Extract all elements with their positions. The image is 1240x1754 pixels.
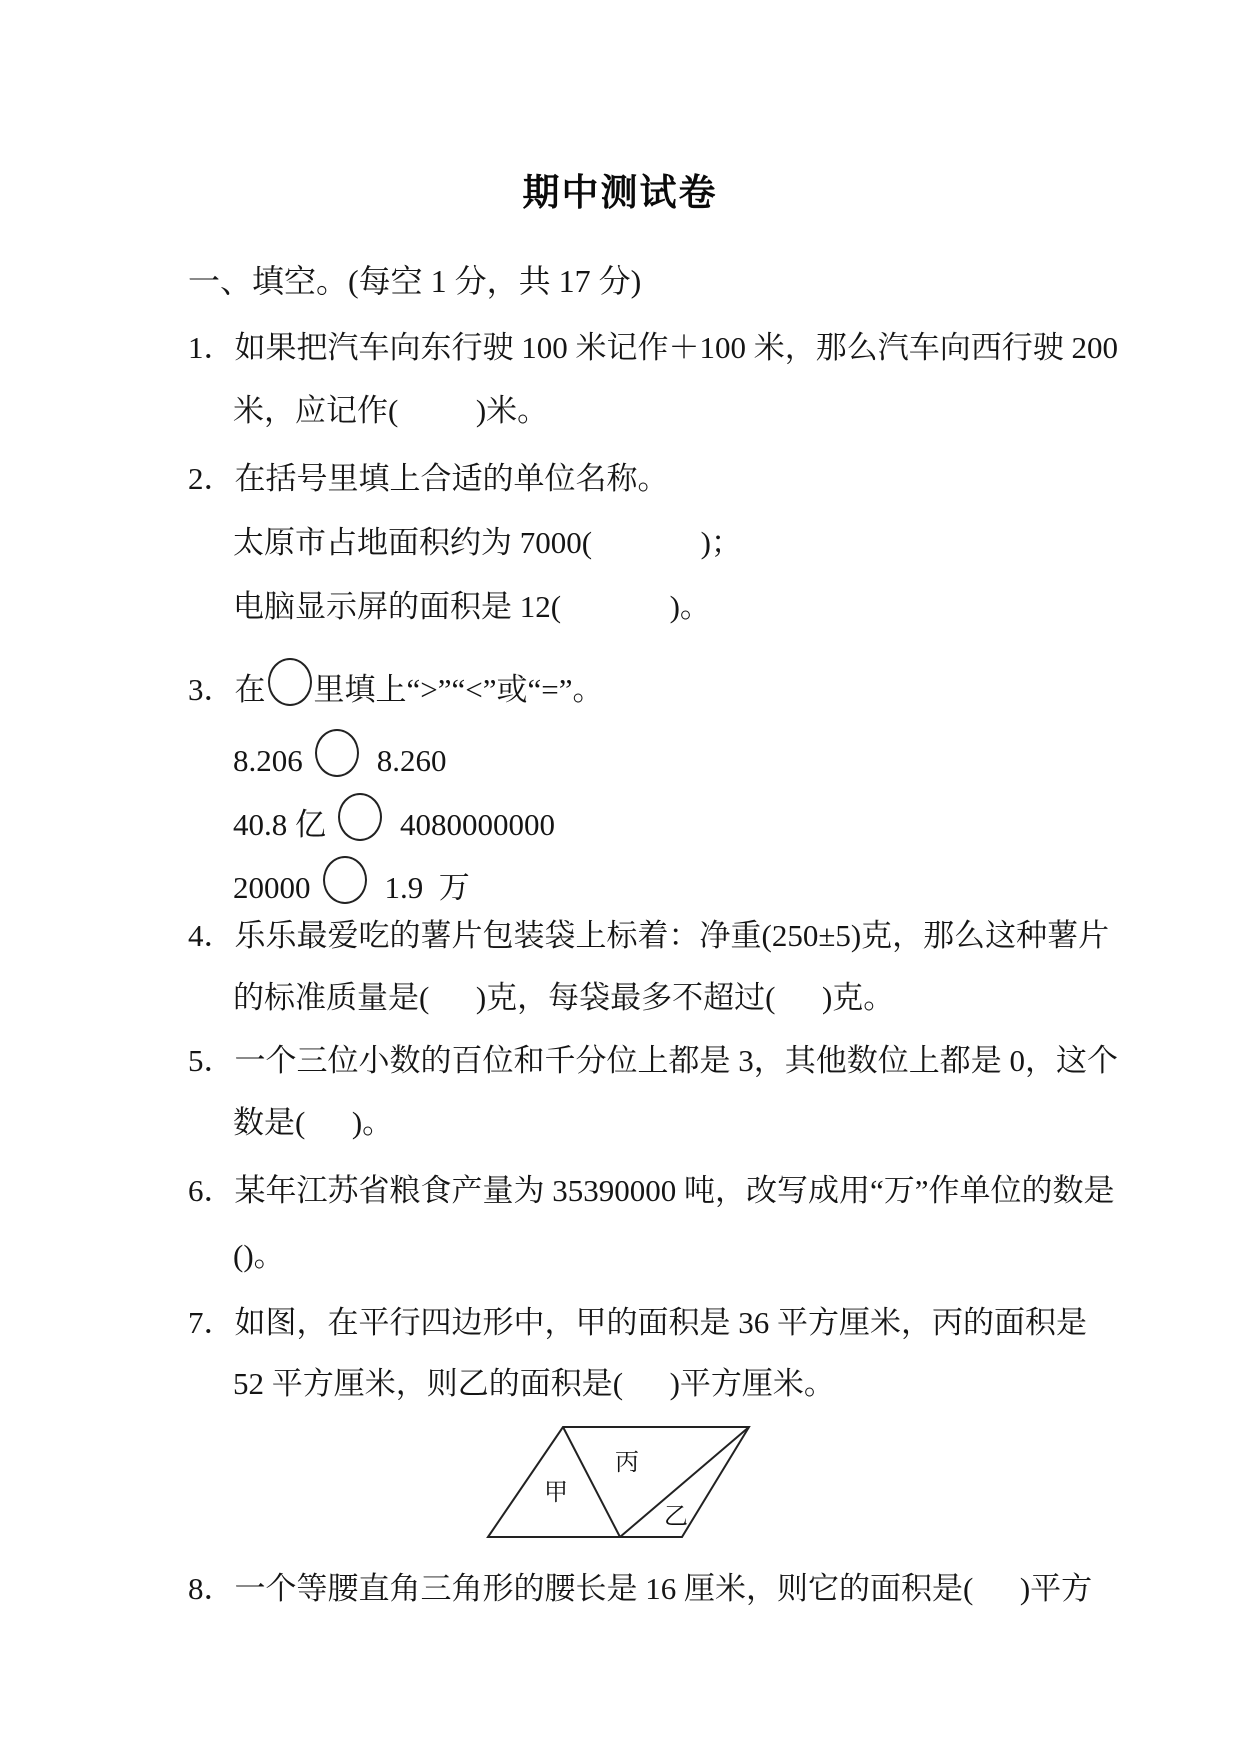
question-4-line-2: 的标准质量是( )克，每袋最多不超过( )克。 [233,979,894,1016]
compare-row: 8.2068.260 [233,729,447,779]
question-2-line-1: 2．在括号里填上合适的单位名称。 [188,460,669,497]
parallelogram-outline [488,1427,749,1537]
compare-right-value: 8.260 [377,743,447,778]
compare-left-value: 20000 [233,870,311,905]
question-2-line-3: 电脑显示屏的面积是 12( )。 [233,588,711,625]
compare-circle-blank [268,658,312,706]
question-6-line-2: ()。 [233,1237,285,1274]
question-6-line-1: 6．某年江苏省粮食产量为 35390000 吨，改写成用“万”作单位的数是 [188,1172,1115,1209]
compare-right-value: 4080000000 [400,807,555,842]
section-heading: 一、填空。(每空 1 分，共 17 分) [188,263,641,300]
question-5-line-2: 数是( )。 [233,1104,393,1141]
question-3-prefix: 3．在 [188,672,266,707]
region-label-yi: 乙 [664,1504,688,1530]
question-8-line-1: 8．一个等腰直角三角形的腰长是 16 厘米，则它的面积是( )平方 [188,1570,1092,1607]
compare-left-value: 8.206 [233,743,303,778]
compare-left-value: 40.8 亿 [233,807,326,842]
page-title: 期中测试卷 [0,162,1240,216]
compare-circle-blank [315,729,359,777]
region-label-bing: 丙 [615,1450,639,1476]
compare-right-value: 1.9 万 [385,870,470,905]
compare-row: 40.8 亿4080000000 [233,793,555,843]
question-5-line-1: 5．一个三位小数的百位和千分位上都是 3，其他数位上都是 0，这个 [188,1042,1118,1079]
test-paper-page: 期中测试卷 一、填空。(每空 1 分，共 17 分) 1．如果把汽车向东行驶 1… [0,0,1240,1754]
question-1-line-2: 米，应记作( )米。 [233,392,548,429]
region-label-jia: 甲 [544,1480,568,1506]
question-3-line-1: 3．在里填上“>”“<”或“=”。 [188,658,604,708]
question-2-line-2: 太原市占地面积约为 7000( )； [233,524,742,561]
compare-circle-blank [338,793,382,841]
question-1-line-1: 1．如果把汽车向东行驶 100 米记作＋100 米，那么汽车向西行驶 200 [188,329,1118,366]
question-4-line-1: 4．乐乐最爱吃的薯片包装袋上标着：净重(250±5)克，那么这种薯片 [188,917,1109,954]
question-7-line-1: 7．如图，在平行四边形中，甲的面积是 36 平方厘米，丙的面积是 [188,1304,1087,1341]
compare-row: 200001.9 万 [233,856,470,906]
divider-line-left [563,1427,620,1537]
question-7-line-2: 52 平方厘米，则乙的面积是( )平方厘米。 [233,1365,835,1402]
compare-circle-blank [323,856,367,904]
parallelogram-figure: 甲 丙 乙 [478,1418,764,1544]
question-3-suffix: 里填上“>”“<”或“=”。 [314,672,604,707]
